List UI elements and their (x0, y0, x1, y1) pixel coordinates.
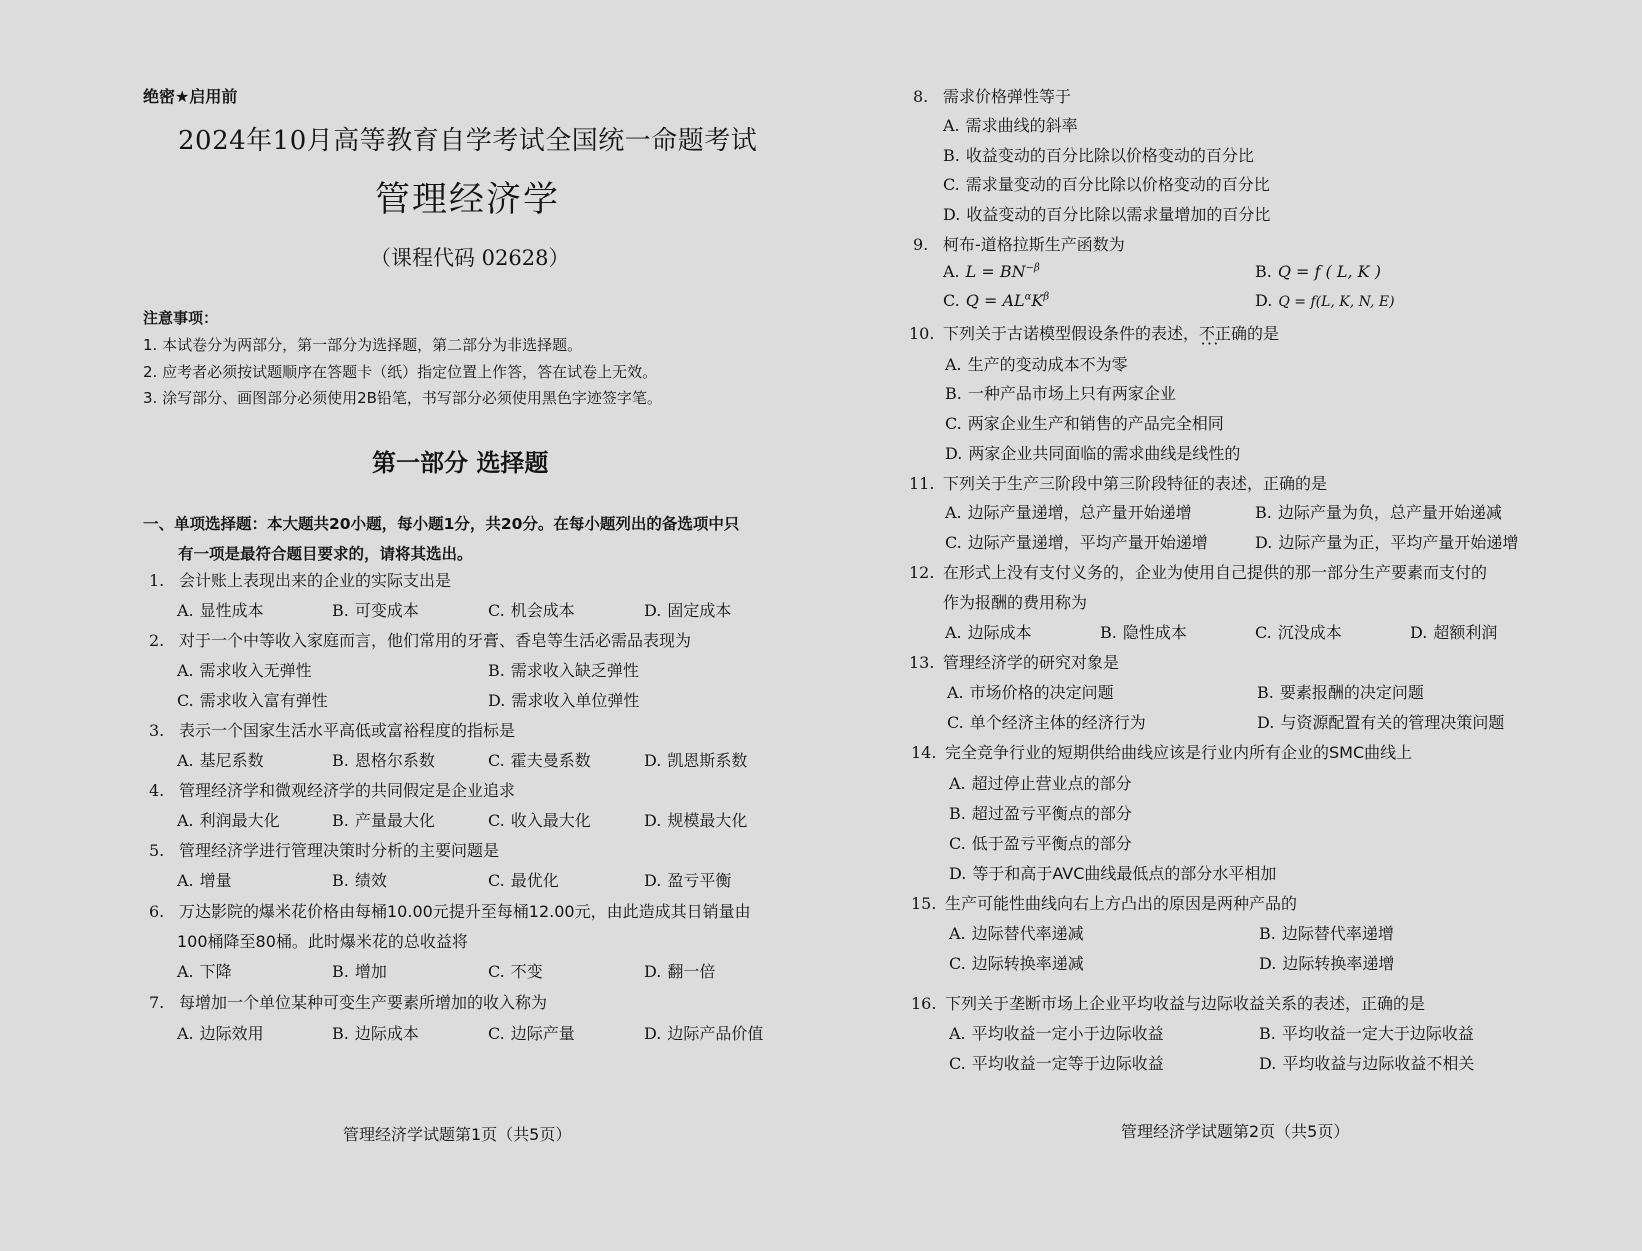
option-letter: D. (644, 871, 661, 890)
question-10: 10.下列关于古诺模型假设条件的表述，不正确的是 (909, 321, 1279, 344)
option-a: A.边际替代率递减 (949, 921, 1084, 944)
option-c: C.边际产量 (488, 1021, 575, 1044)
option-letter: D. (943, 205, 960, 224)
question-number: 15. (911, 894, 945, 913)
option-c: C.Q = ALαKβ (943, 291, 1049, 310)
question-1: 1.会计账上表现出来的企业的实际支出是 (149, 568, 451, 591)
option-text: 边际产量为负，总产量开始递减 (1278, 503, 1502, 522)
option-text: 边际产量递增，总产量开始递增 (968, 503, 1192, 522)
option-text: 要素报酬的决定问题 (1280, 683, 1424, 702)
option-text: 低于盈亏平衡点的部分 (972, 834, 1132, 853)
option-text: 需求曲线的斜率 (966, 116, 1078, 135)
note-item: 1. 本试卷分为两部分，第一部分为选择题，第二部分为非选择题。 (143, 334, 582, 355)
option-b: B.要素报酬的决定问题 (1257, 680, 1424, 703)
subject-title: 管理经济学 (375, 172, 560, 222)
option-a: A.边际产量递增，总产量开始递增 (945, 500, 1192, 523)
notes-title: 注意事项： (143, 307, 218, 328)
note-item: 2. 应考者必须按试题顺序在答题卡（纸）指定位置上作答，答在试卷上无效。 (143, 361, 657, 382)
question-5: 5.管理经济学进行管理决策时分析的主要问题是 (149, 838, 499, 861)
option-text: 两家企业共同面临的需求曲线是线性的 (968, 444, 1240, 463)
exam-page-2: 8.需求价格弹性等于 A.需求曲线的斜率 B.收益变动的百分比除以价格变动的百分… (820, 0, 1642, 1251)
question-number: 1. (149, 571, 179, 590)
option-letter: D. (644, 811, 661, 830)
option-a: A.基尼系数 (177, 748, 264, 771)
question-text: 对于一个中等收入家庭而言，他们常用的牙膏、香皂等生活必需品表现为 (179, 631, 691, 650)
option-b: B.恩格尔系数 (332, 748, 435, 771)
option-letter: B. (332, 811, 349, 830)
option-text: 需求量变动的百分比除以价格变动的百分比 (966, 175, 1270, 194)
option-text: 霍夫曼系数 (511, 751, 591, 770)
option-letter: A. (949, 924, 966, 943)
option-letter: B. (1255, 503, 1272, 522)
option-text: 绩效 (355, 871, 387, 890)
formula: Q = f(L, K, N, E) (1278, 294, 1394, 310)
option-text: 机会成本 (511, 601, 575, 620)
option-letter: A. (177, 962, 194, 981)
option-text: 超过盈亏平衡点的部分 (972, 804, 1132, 823)
option-a: A.下降 (177, 959, 232, 982)
option-letter: A. (945, 503, 962, 522)
question-text: 需求价格弹性等于 (943, 87, 1071, 106)
option-b: B.Q = f ( L, K ) (1255, 262, 1381, 281)
option-text: 需求收入富有弹性 (200, 691, 328, 710)
option-letter: A. (177, 871, 194, 890)
option-text: 规模最大化 (667, 811, 747, 830)
option-text: 平均收益与边际收益不相关 (1282, 1054, 1474, 1073)
option-c: C.需求收入富有弹性 (177, 688, 328, 711)
option-letter: A. (177, 661, 194, 680)
question-text: 下列关于生产三阶段中第三阶段特征的表述，正确的是 (943, 474, 1327, 493)
option-text: 利润最大化 (200, 811, 280, 830)
option-text: 翻一倍 (667, 962, 715, 981)
option-text: 收益变动的百分比除以价格变动的百分比 (966, 146, 1254, 165)
formula: L = BN−β (966, 262, 1040, 281)
option-b: B.收益变动的百分比除以价格变动的百分比 (943, 143, 1254, 166)
option-letter: B. (1257, 683, 1274, 702)
question-text: 管理经济学的研究对象是 (943, 653, 1119, 672)
option-c: C.边际转换率递减 (949, 951, 1084, 974)
question-text: 管理经济学和微观经济学的共同假定是企业追求 (179, 781, 515, 800)
question-text: 下列关于古诺模型假设条件的表述， (943, 324, 1199, 343)
option-text: 市场价格的决定问题 (970, 683, 1114, 702)
option-text: 基尼系数 (200, 751, 264, 770)
option-b: B.边际成本 (332, 1021, 419, 1044)
option-a: A.需求收入无弹性 (177, 658, 312, 681)
option-letter: D. (1255, 533, 1272, 552)
option-letter: B. (332, 871, 349, 890)
question-number: 2. (149, 631, 179, 650)
option-text: 超过停止营业点的部分 (972, 774, 1132, 793)
formula: Q = f ( L, K ) (1278, 262, 1381, 281)
question-number: 16. (911, 994, 945, 1013)
option-text: 边际成本 (968, 623, 1032, 642)
option-letter: A. (177, 811, 194, 830)
question-8: 8.需求价格弹性等于 (913, 84, 1071, 107)
option-letter: D. (644, 962, 661, 981)
option-d: D.等于和高于AVC曲线最低点的部分水平相加 (949, 861, 1276, 884)
confidential-mark: 绝密★启用前 (143, 84, 237, 107)
question-text: 每增加一个单位某种可变生产要素所增加的收入称为 (179, 993, 547, 1012)
option-letter: C. (943, 175, 960, 194)
option-c: C.霍夫曼系数 (488, 748, 591, 771)
option-a: A.利润最大化 (177, 808, 280, 831)
option-text: 凯恩斯系数 (667, 751, 747, 770)
option-a: A.超过停止营业点的部分 (949, 771, 1132, 794)
option-d: D.规模最大化 (644, 808, 747, 831)
option-a: A.显性成本 (177, 598, 264, 621)
question-14: 14.完全竞争行业的短期供给曲线应该是行业内所有企业的SMC曲线上 (911, 740, 1412, 763)
option-d: D.边际转换率递增 (1259, 951, 1394, 974)
option-a: A.L = BN−β (943, 262, 1040, 281)
option-d: D.需求收入单位弹性 (488, 688, 639, 711)
option-letter: D. (1259, 954, 1276, 973)
emphasized-text: 不正确 (1199, 324, 1247, 343)
question-text: 在形式上没有支付义务的，企业为使用自己提供的那一部分生产要素而支付的 (943, 563, 1487, 582)
option-text: 下降 (200, 962, 232, 981)
option-text: 产量最大化 (355, 811, 435, 830)
question-13: 13.管理经济学的研究对象是 (909, 650, 1119, 673)
option-c: C.两家企业生产和销售的产品完全相同 (945, 411, 1224, 434)
option-letter: C. (949, 834, 966, 853)
option-letter: A. (943, 116, 960, 135)
option-text: 最优化 (511, 871, 559, 890)
option-letter: C. (488, 1024, 505, 1043)
option-a: A.生产的变动成本不为零 (945, 352, 1128, 375)
question-6-continuation: 100桶降至80桶。此时爆米花的总收益将 (177, 929, 468, 952)
option-text: 增量 (200, 871, 232, 890)
option-a: A.市场价格的决定问题 (947, 680, 1114, 703)
question-2: 2.对于一个中等收入家庭而言，他们常用的牙膏、香皂等生活必需品表现为 (149, 628, 691, 651)
option-a: A.增量 (177, 868, 232, 891)
option-b: B.超过盈亏平衡点的部分 (949, 801, 1132, 824)
option-letter: B. (332, 601, 349, 620)
option-text: 边际效用 (200, 1024, 264, 1043)
option-text: 边际转换率递减 (972, 954, 1084, 973)
option-d: D.边际产品价值 (644, 1021, 763, 1044)
option-letter: B. (945, 384, 962, 403)
question-15: 15.生产可能性曲线向右上方凸出的原因是两种产品的 (911, 891, 1297, 914)
option-letter: C. (488, 751, 505, 770)
option-letter: D. (644, 1024, 661, 1043)
option-letter: A. (947, 683, 964, 702)
option-text: 恩格尔系数 (355, 751, 435, 770)
option-d: D.与资源配置有关的管理决策问题 (1257, 710, 1504, 733)
option-c: C.边际产量递增，平均产量开始递增 (945, 530, 1208, 553)
question-number: 7. (149, 993, 179, 1012)
question-number: 13. (909, 653, 943, 672)
option-letter: B. (949, 804, 966, 823)
option-d: D.固定成本 (644, 598, 731, 621)
question-4: 4.管理经济学和微观经济学的共同假定是企业追求 (149, 778, 515, 801)
option-d: D.平均收益与边际收益不相关 (1259, 1051, 1474, 1074)
question-number: 9. (913, 235, 943, 254)
question-number: 11. (909, 474, 943, 493)
option-text: 增加 (355, 962, 387, 981)
option-letter: C. (947, 713, 964, 732)
option-letter: D. (1410, 623, 1427, 642)
option-a: A.边际成本 (945, 620, 1032, 643)
option-d: D.收益变动的百分比除以需求量增加的百分比 (943, 202, 1270, 225)
option-text: 盈亏平衡 (667, 871, 731, 890)
option-text: 单个经济主体的经济行为 (970, 713, 1146, 732)
option-a: A.需求曲线的斜率 (943, 113, 1078, 136)
option-letter: C. (945, 414, 962, 433)
question-7: 7.每增加一个单位某种可变生产要素所增加的收入称为 (149, 990, 547, 1013)
option-text: 不变 (511, 962, 543, 981)
option-text: 与资源配置有关的管理决策问题 (1280, 713, 1504, 732)
option-text: 需求收入无弹性 (200, 661, 312, 680)
option-letter: D. (949, 864, 966, 883)
option-letter: C. (488, 811, 505, 830)
course-code: （课程代码 02628） (370, 242, 569, 272)
option-a: A.边际效用 (177, 1021, 264, 1044)
part-title: 第一部分 选择题 (372, 443, 548, 478)
question-11: 11.下列关于生产三阶段中第三阶段特征的表述，正确的是 (909, 471, 1327, 494)
option-text: 边际产品价值 (667, 1024, 763, 1043)
option-b: B.绩效 (332, 868, 387, 891)
option-text: 边际成本 (355, 1024, 419, 1043)
question-text: 下列关于垄断市场上企业平均收益与边际收益关系的表述，正确的是 (945, 994, 1425, 1013)
question-number: 10. (909, 324, 943, 343)
note-item: 3. 涂写部分、画图部分必须使用2B铅笔，书写部分必须使用黑色字迹签字笔。 (143, 387, 662, 408)
option-text: 收入最大化 (511, 811, 591, 830)
question-text: 的是 (1247, 324, 1279, 343)
option-c: C.收入最大化 (488, 808, 591, 831)
option-c: C.不变 (488, 959, 543, 982)
option-text: 超额利润 (1433, 623, 1497, 642)
option-b: B.一种产品市场上只有两家企业 (945, 381, 1176, 404)
option-b: B.平均收益一定大于边际收益 (1259, 1021, 1474, 1044)
exam-title: 2024年10月高等教育自学考试全国统一命题考试 (178, 120, 757, 157)
option-d: D.盈亏平衡 (644, 868, 731, 891)
question-12: 12.在形式上没有支付义务的，企业为使用自己提供的那一部分生产要素而支付的 (909, 560, 1487, 583)
option-letter: C. (177, 691, 194, 710)
option-d: D.两家企业共同面临的需求曲线是线性的 (945, 441, 1240, 464)
option-letter: C. (488, 601, 505, 620)
option-letter: B. (1255, 262, 1272, 281)
option-c: C.机会成本 (488, 598, 575, 621)
question-text: 生产可能性曲线向右上方凸出的原因是两种产品的 (945, 894, 1297, 913)
option-text: 生产的变动成本不为零 (968, 355, 1128, 374)
option-c: C.平均收益一定等于边际收益 (949, 1051, 1164, 1074)
option-text: 平均收益一定等于边际收益 (972, 1054, 1164, 1073)
option-text: 需求收入单位弹性 (511, 691, 639, 710)
option-c: C.需求量变动的百分比除以价格变动的百分比 (943, 172, 1270, 195)
option-letter: A. (177, 601, 194, 620)
option-letter: A. (949, 1024, 966, 1043)
option-text: 一种产品市场上只有两家企业 (968, 384, 1176, 403)
formula: Q = ALαKβ (966, 291, 1049, 310)
option-letter: C. (949, 954, 966, 973)
question-text: 会计账上表现出来的企业的实际支出是 (179, 571, 451, 590)
option-letter: D. (945, 444, 962, 463)
option-text: 可变成本 (355, 601, 419, 620)
option-letter: A. (945, 355, 962, 374)
option-d: D.Q = f(L, K, N, E) (1255, 291, 1395, 310)
question-12-continuation: 作为报酬的费用称为 (943, 590, 1087, 613)
option-letter: D. (1259, 1054, 1276, 1073)
option-d: D.凯恩斯系数 (644, 748, 747, 771)
option-a: A.平均收益一定小于边际收益 (949, 1021, 1164, 1044)
option-letter: B. (943, 146, 960, 165)
option-b: B.边际产量为负，总产量开始递减 (1255, 500, 1502, 523)
option-c: C.最优化 (488, 868, 559, 891)
option-text: 两家企业生产和销售的产品完全相同 (968, 414, 1224, 433)
option-letter: B. (1259, 1024, 1276, 1043)
option-text: 沉没成本 (1278, 623, 1342, 642)
option-letter: A. (177, 751, 194, 770)
option-c: C.沉没成本 (1255, 620, 1342, 643)
option-text: 边际产量递增，平均产量开始递增 (968, 533, 1208, 552)
question-number: 6. (149, 902, 179, 921)
option-c: C.单个经济主体的经济行为 (947, 710, 1146, 733)
option-letter: B. (332, 1024, 349, 1043)
option-b: B.需求收入缺乏弹性 (488, 658, 639, 681)
option-letter: C. (949, 1054, 966, 1073)
question-text: 管理经济学进行管理决策时分析的主要问题是 (179, 841, 499, 860)
question-text: 表示一个国家生活水平高低或富裕程度的指标是 (179, 721, 515, 740)
question-number: 8. (913, 87, 943, 106)
option-b: B.可变成本 (332, 598, 419, 621)
option-letter: D. (1257, 713, 1274, 732)
page-footer: 管理经济学试题第1页（共5页） (343, 1122, 571, 1145)
option-text: 边际产量 (511, 1024, 575, 1043)
option-text: 固定成本 (667, 601, 731, 620)
option-letter: A. (943, 262, 960, 281)
question-number: 14. (911, 743, 945, 762)
option-text: 边际替代率递减 (972, 924, 1084, 943)
option-text: 平均收益一定大于边际收益 (1282, 1024, 1474, 1043)
question-3: 3.表示一个国家生活水平高低或富裕程度的指标是 (149, 718, 515, 741)
option-letter: B. (1100, 623, 1117, 642)
option-text: 平均收益一定小于边际收益 (972, 1024, 1164, 1043)
option-letter: C. (488, 962, 505, 981)
option-letter: D. (1255, 291, 1272, 310)
page-footer: 管理经济学试题第2页（共5页） (1121, 1119, 1349, 1142)
question-number: 5. (149, 841, 179, 860)
option-letter: C. (1255, 623, 1272, 642)
option-d: D.翻一倍 (644, 959, 715, 982)
option-text: 显性成本 (200, 601, 264, 620)
exam-page-1: 绝密★启用前 2024年10月高等教育自学考试全国统一命题考试 管理经济学 （课… (0, 0, 820, 1251)
question-16: 16.下列关于垄断市场上企业平均收益与边际收益关系的表述，正确的是 (911, 991, 1425, 1014)
option-letter: D. (488, 691, 505, 710)
option-b: B.边际替代率递增 (1259, 921, 1394, 944)
option-text: 隐性成本 (1123, 623, 1187, 642)
option-letter: B. (332, 751, 349, 770)
option-letter: C. (945, 533, 962, 552)
question-number: 4. (149, 781, 179, 800)
option-letter: C. (488, 871, 505, 890)
section-instruction-line: 一、单项选择题：本大题共20小题，每小题1分，共20分。在每小题列出的备选项中只 (143, 515, 739, 533)
option-c: C.低于盈亏平衡点的部分 (949, 831, 1132, 854)
option-letter: A. (949, 774, 966, 793)
option-d: D.边际产量为正，平均产量开始递增 (1255, 530, 1518, 553)
option-letter: D. (644, 601, 661, 620)
option-letter: C. (943, 291, 960, 310)
option-letter: B. (1259, 924, 1276, 943)
question-text: 完全竞争行业的短期供给曲线应该是行业内所有企业的SMC曲线上 (945, 743, 1412, 762)
question-number: 12. (909, 563, 943, 582)
option-text: 等于和高于AVC曲线最低点的部分水平相加 (972, 864, 1276, 883)
option-text: 需求收入缺乏弹性 (511, 661, 639, 680)
option-letter: A. (177, 1024, 194, 1043)
section-instruction: 一、单项选择题：本大题共20小题，每小题1分，共20分。在每小题列出的备选项中只… (143, 509, 803, 569)
option-letter: B. (488, 661, 505, 680)
option-b: B.产量最大化 (332, 808, 435, 831)
question-9: 9.柯布-道格拉斯生产函数为 (913, 232, 1125, 255)
option-letter: B. (332, 962, 349, 981)
question-6: 6.万达影院的爆米花价格由每桶10.00元提升至每桶12.00元，由此造成其日销… (149, 899, 751, 922)
option-text: 边际转换率递增 (1282, 954, 1394, 973)
question-text: 柯布-道格拉斯生产函数为 (943, 235, 1125, 254)
option-letter: A. (945, 623, 962, 642)
option-text: 边际产量为正，平均产量开始递增 (1278, 533, 1518, 552)
question-text: 万达影院的爆米花价格由每桶10.00元提升至每桶12.00元，由此造成其日销量由 (179, 902, 751, 921)
question-number: 3. (149, 721, 179, 740)
option-text: 收益变动的百分比除以需求量增加的百分比 (966, 205, 1270, 224)
section-instruction-line: 有一项是最符合题目要求的，请将其选出。 (143, 539, 803, 569)
option-b: B.隐性成本 (1100, 620, 1187, 643)
option-text: 边际替代率递增 (1282, 924, 1394, 943)
option-d: D.超额利润 (1410, 620, 1497, 643)
option-letter: D. (644, 751, 661, 770)
option-b: B.增加 (332, 959, 387, 982)
